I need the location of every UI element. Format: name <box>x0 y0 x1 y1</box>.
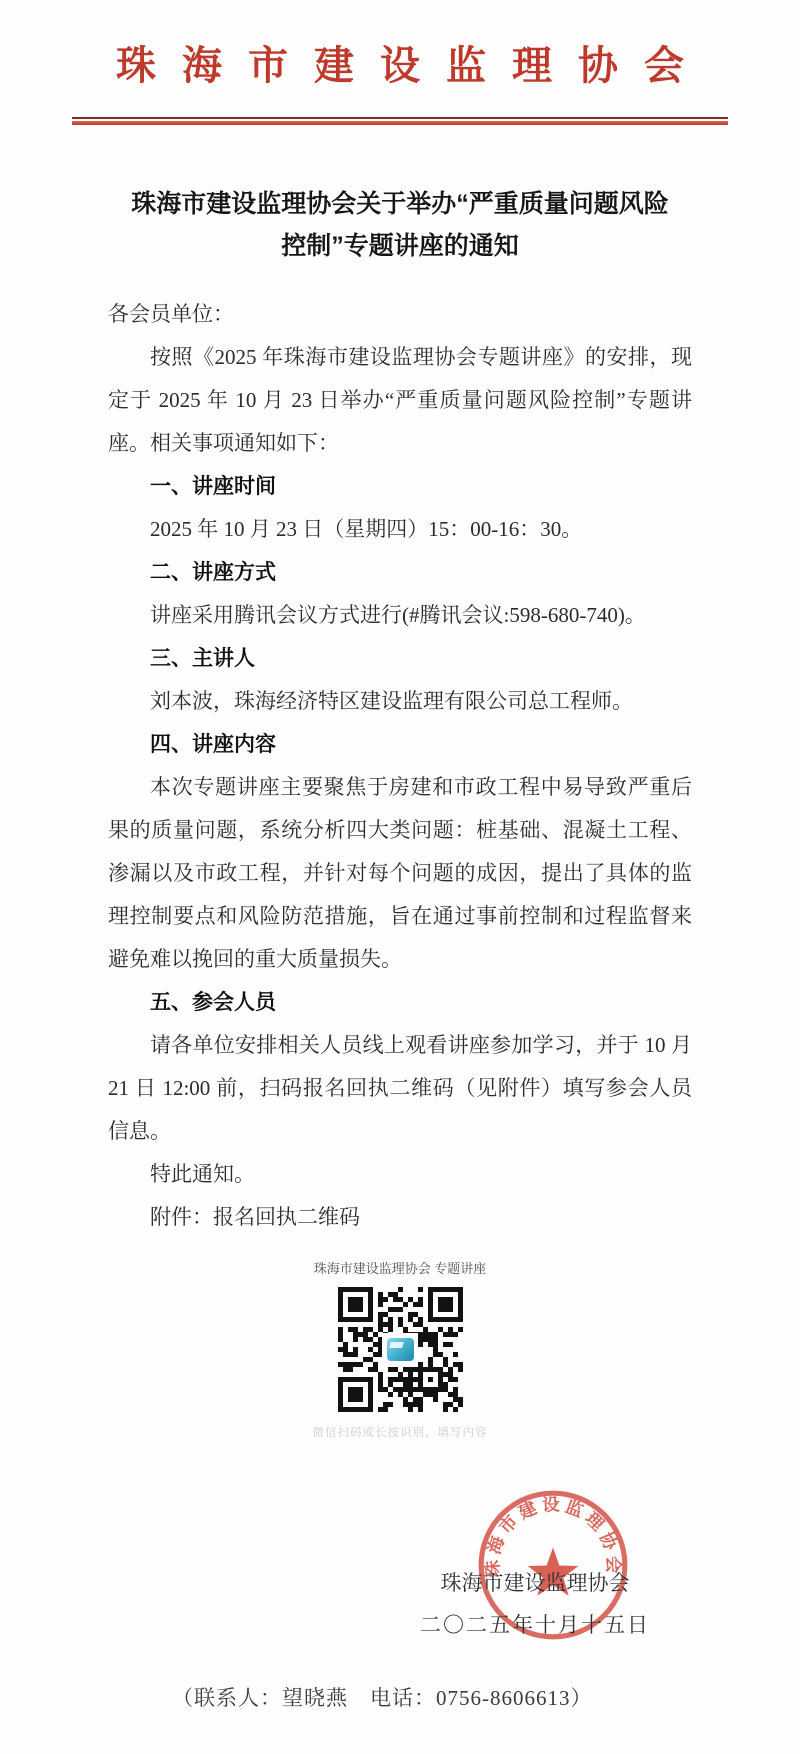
section-5-heading: 五、参会人员 <box>108 981 692 1024</box>
section-4-text: 本次专题讲座主要聚焦于房建和市政工程中易导致严重后果的质量问题，系统分析四大类问… <box>108 766 692 981</box>
signature-block: 珠海市建设监理协会 二〇二五年十月十五日 <box>370 1562 700 1646</box>
qr-code <box>338 1287 463 1412</box>
qr-center-logo-icon <box>382 1333 418 1367</box>
salutation: 各会员单位： <box>108 293 692 336</box>
attachment-line: 附件：报名回执二维码 <box>108 1196 692 1239</box>
notice-document: 珠海市建设监理协会 珠海市建设监理协会关于举办“严重质量问题风险控制”专题讲座的… <box>0 0 800 1754</box>
divider-thick-line <box>72 121 728 125</box>
section-5-text: 请各单位安排相关人员线上观看讲座参加学习，并于 10 月 21 日 12:00 … <box>108 1024 692 1153</box>
folder-icon <box>387 1338 414 1361</box>
qr-block: 珠海市建设监理协会 专题讲座 微信扫码或长按识别，填写内容 <box>0 1258 800 1440</box>
closing-line: 特此通知。 <box>108 1153 692 1196</box>
document-title: 珠海市建设监理协会关于举办“严重质量问题风险控制”专题讲座的通知 <box>120 183 680 267</box>
section-1-text: 2025 年 10 月 23 日（星期四）15：00-16：30。 <box>108 508 692 551</box>
org-masthead: 珠海市建设监理协会 <box>0 0 800 91</box>
intro-paragraph: 按照《2025 年珠海市建设监理协会专题讲座》的安排，现定于 2025 年 10… <box>108 336 692 465</box>
section-4-heading: 四、讲座内容 <box>108 723 692 766</box>
signature-date: 二〇二五年十月十五日 <box>370 1604 700 1646</box>
section-3-text: 刘本波，珠海经济特区建设监理有限公司总工程师。 <box>108 680 692 723</box>
section-1-heading: 一、讲座时间 <box>108 465 692 508</box>
contact-line: （联系人：望晓燕 电话：0756-8606613） <box>172 1682 593 1712</box>
signature-org: 珠海市建设监理协会 <box>370 1562 700 1604</box>
qr-scan-hint: 微信扫码或长按识别，填写内容 <box>0 1424 800 1440</box>
masthead-divider <box>72 117 728 125</box>
section-2-text: 讲座采用腾讯会议方式进行(#腾讯会议:598-680-740)。 <box>108 594 692 637</box>
section-2-heading: 二、讲座方式 <box>108 551 692 594</box>
qr-title-label: 珠海市建设监理协会 专题讲座 <box>0 1258 800 1277</box>
section-3-heading: 三、主讲人 <box>108 637 692 680</box>
document-body: 各会员单位： 按照《2025 年珠海市建设监理协会专题讲座》的安排，现定于 20… <box>108 293 692 1239</box>
